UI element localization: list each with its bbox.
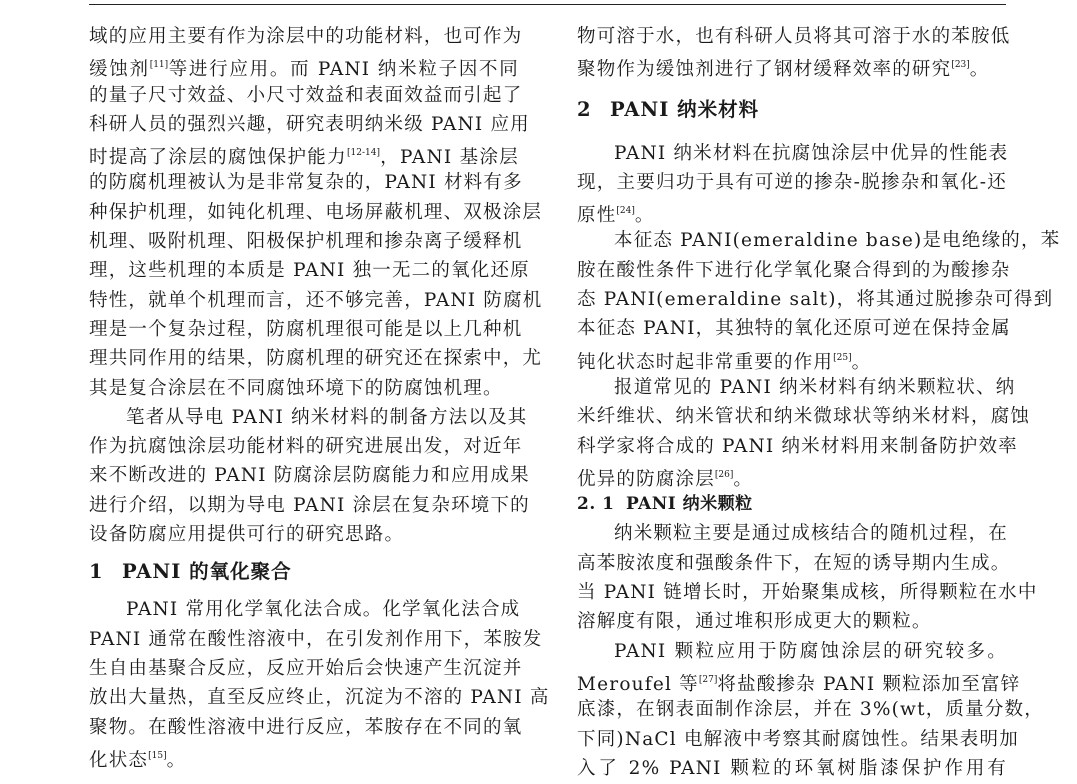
text-line: 的量子尺寸效益、小尺寸效益和表面效益而引起了 (89, 81, 519, 110)
section-title: PANI 的氧化聚合 (122, 560, 292, 583)
citation-ref[interactable]: [11] (150, 60, 168, 70)
text-line: 缓蚀剂[11]等进行应用。而 PANI 纳米粒子因不同 (89, 51, 519, 80)
text-line: 聚物。在酸性溶液中进行反应，苯胺存在不同的氧 (89, 713, 519, 742)
text-line: 入了 2% PANI 颗粒的环氧树脂漆保护作用有 (577, 754, 1007, 783)
text-line: 来不断改进的 PANI 防腐涂层防腐能力和应用成果 (89, 461, 519, 490)
citation-ref[interactable]: [24] (616, 206, 634, 216)
paragraph-oxidation: PANI 常用化学氧化法合成。化学氧化法合成 PANI 通常在酸性溶液中，在引发… (89, 595, 519, 771)
section-number: 2 (577, 81, 610, 139)
text-line: 的防腐机理被认为是非常复杂的，PANI 材料有多 (89, 168, 519, 197)
text-line: PANI 通常在酸性溶液中，在引发剂作用下，苯胺发 (89, 625, 519, 654)
text-line: 钝化状态时起非常重要的作用[25]。 (577, 344, 1007, 373)
text-line: 当 PANI 链增长时，开始聚集成核，所得颗粒在水中 (577, 578, 1007, 607)
citation-ref[interactable]: [26] (715, 470, 733, 480)
text-line: PANI 纳米材料在抗腐蚀涂层中优异的性能表 (577, 139, 1007, 168)
section-number: 1 (89, 549, 122, 595)
text-line: 进行介绍，以期为导电 PANI 涂层在复杂环境下的 (89, 491, 519, 520)
citation-ref[interactable]: [15] (148, 751, 166, 761)
text-line: 本征态 PANI(emeraldine base)是电绝缘的，苯 (577, 226, 1007, 255)
text-line: 态 PANI(emeraldine salt)，将其通过脱掺杂可得到 (577, 285, 1007, 314)
text-line: 底漆，在钢表面制作涂层，并在 3%(wt，质量分数， (577, 695, 1007, 724)
text-line: 特性，就单个机理而言，还不够完善，PANI 防腐机 (89, 286, 519, 315)
section-heading-2: 2PANI 纳米材料 (577, 81, 1007, 139)
header-rule (89, 4, 1006, 5)
text-line: 机理、吸附机理、阳极保护机理和掺杂离子缓释机 (89, 227, 519, 256)
paragraph-author-intent: 笔者从导电 PANI 纳米材料的制备方法以及其 作为抗腐蚀涂层功能材料的研究进展… (89, 403, 519, 549)
citation-ref[interactable]: [27] (699, 675, 717, 685)
text-line: 科研人员的强烈兴趣，研究表明纳米级 PANI 应用 (89, 110, 519, 139)
paragraph-intro-continued: 域的应用主要有作为涂层中的功能材料，也可作为 缓蚀剂[11]等进行应用。而 PA… (89, 22, 519, 403)
text-line: 域的应用主要有作为涂层中的功能材料，也可作为 (89, 22, 519, 51)
paragraph-nano-types: 报道常见的 PANI 纳米材料有纳米颗粒状、纳 米纤维状、纳米管状和纳米微球状等… (577, 373, 1007, 490)
paragraph-nano-intro: PANI 纳米材料在抗腐蚀涂层中优异的性能表 现，主要归功于具有可逆的掺杂-脱掺… (577, 139, 1007, 227)
text-line: 溶解度有限，通过堆积形成更大的颗粒。 (577, 607, 1007, 636)
section-title: PANI 纳米材料 (610, 98, 759, 121)
citation-ref[interactable]: [25] (833, 353, 851, 363)
text-line: 理共同作用的结果，防腐机理的研究还在探索中，尤 (89, 344, 519, 373)
text-line: 现，主要归功于具有可逆的掺杂-脱掺杂和氧化-还 (577, 168, 1007, 197)
section-title: PANI 纳米颗粒 (626, 494, 753, 514)
section-heading-2-1: 2. 1PANI 纳米颗粒 (577, 490, 1007, 519)
paragraph-emeraldine: 本征态 PANI(emeraldine base)是电绝缘的，苯 胺在酸性条件下… (577, 226, 1007, 372)
text-line: 米纤维状、纳米管状和纳米微球状等纳米材料，腐蚀 (577, 402, 1007, 431)
text-line: Meroufel 等[27]将盐酸掺杂 PANI 颗粒添加至富锌 (577, 666, 1007, 695)
right-column: 物可溶于水，也有科研人员将其可溶于水的苯胺低 聚物作为缓蚀剂进行了钢材缓释效率的… (577, 22, 1007, 783)
text-line: 其是复合涂层在不同腐蚀环境下的防腐蚀机理。 (89, 374, 519, 403)
text-line: 优异的防腐涂层[26]。 (577, 461, 1007, 490)
text-line: 理是一个复杂过程，防腐机理很可能是以上几种机 (89, 315, 519, 344)
left-column: 域的应用主要有作为涂层中的功能材料，也可作为 缓蚀剂[11]等进行应用。而 PA… (89, 22, 519, 771)
text-line: 本征态 PANI，其独特的氧化还原可逆在保持金属 (577, 314, 1007, 343)
text-line: PANI 常用化学氧化法合成。化学氧化法合成 (89, 595, 519, 624)
section-number: 2. 1 (577, 490, 626, 519)
text-line: 放出大量热，直至反应终止，沉淀为不溶的 PANI 高 (89, 683, 519, 712)
text-line: 种保护机理，如钝化机理、电场屏蔽机理、双极涂层 (89, 198, 519, 227)
text-line: 高苯胺浓度和强酸条件下，在短的诱导期内生成。 (577, 549, 1007, 578)
text-line: PANI 颗粒应用于防腐蚀涂层的研究较多。 (577, 637, 1007, 666)
text-line: 聚物作为缓蚀剂进行了钢材缓释效率的研究[23]。 (577, 51, 1007, 80)
text-line: 下同)NaCl 电解液中考察其耐腐蚀性。结果表明加 (577, 725, 1007, 754)
text-line: 时提高了涂层的腐蚀保护能力[12-14]，PANI 基涂层 (89, 139, 519, 168)
text-line: 胺在酸性条件下进行化学氧化聚合得到的为酸掺杂 (577, 256, 1007, 285)
text-line: 纳米颗粒主要是通过成核结合的随机过程，在 (577, 519, 1007, 548)
paragraph-particle-coatings: PANI 颗粒应用于防腐蚀涂层的研究较多。 Meroufel 等[27]将盐酸掺… (577, 637, 1007, 783)
text-line: 化状态[15]。 (89, 742, 519, 771)
citation-ref[interactable]: [23] (951, 60, 969, 70)
text-line: 笔者从导电 PANI 纳米材料的制备方法以及其 (89, 403, 519, 432)
text-line: 设备防腐应用提供可行的研究思路。 (89, 520, 519, 549)
text-line: 理，这些机理的本质是 PANI 独一无二的氧化还原 (89, 256, 519, 285)
paragraph-continued: 物可溶于水，也有科研人员将其可溶于水的苯胺低 聚物作为缓蚀剂进行了钢材缓释效率的… (577, 22, 1007, 81)
citation-ref[interactable]: [12-14] (347, 148, 380, 158)
text-line: 原性[24]。 (577, 197, 1007, 226)
section-heading-1: 1PANI 的氧化聚合 (89, 549, 519, 595)
text-line: 物可溶于水，也有科研人员将其可溶于水的苯胺低 (577, 22, 1007, 51)
text-line: 生自由基聚合反应，反应开始后会快速产生沉淀并 (89, 654, 519, 683)
paragraph-nanoparticles: 纳米颗粒主要是通过成核结合的随机过程，在 高苯胺浓度和强酸条件下，在短的诱导期内… (577, 519, 1007, 636)
text-line: 科学家将合成的 PANI 纳米材料用来制备防护效率 (577, 432, 1007, 461)
text-line: 报道常见的 PANI 纳米材料有纳米颗粒状、纳 (577, 373, 1007, 402)
text-line: 作为抗腐蚀涂层功能材料的研究进展出发，对近年 (89, 432, 519, 461)
